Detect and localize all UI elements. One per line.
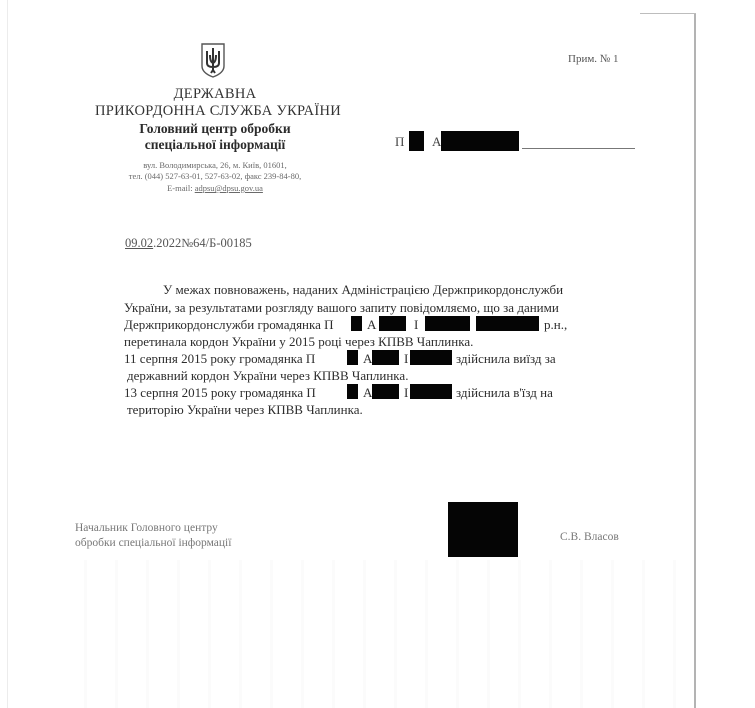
page-edge-top (640, 13, 696, 14)
body-line-6: державний кордон України через КПВВ Чапл… (127, 368, 408, 384)
addressee-initial-1: П (395, 134, 404, 150)
redaction-box (410, 384, 452, 399)
state-name-line1: ДЕРЖАВНА (130, 86, 300, 103)
body-line-7-end: здійснила в'їзд на (456, 385, 553, 401)
appendix-label: Прим. № 1 (568, 53, 619, 65)
page-edge-left (7, 0, 8, 708)
redaction-box (372, 384, 399, 399)
reverse-side-bleed-through (70, 560, 680, 708)
addressee-initial-2: А (432, 134, 441, 150)
trident-coat-of-arms-icon (199, 42, 227, 78)
redaction-box (476, 316, 539, 331)
body-line-7: 13 серпня 2015 року громадянка П (124, 385, 316, 401)
signature-redaction-box (448, 502, 518, 557)
body-line-4: перетинала кордон України у 2015 році че… (124, 334, 473, 350)
redaction-box (425, 316, 470, 331)
initial-i: І (414, 317, 418, 333)
center-name-line1: Головний центр обробки (110, 121, 320, 137)
reference-date: 09.02 (125, 236, 153, 250)
signatory-title-line2: обробки спеціальної інформації (75, 537, 231, 549)
signatory-title-line1: Начальник Головного центру (75, 522, 218, 534)
redaction-box (441, 131, 519, 151)
state-name-line2: ПРИКОРДОННА СЛУЖБА УКРАЇНИ (95, 103, 340, 120)
initial-a: А (363, 385, 372, 401)
redaction-box (409, 131, 424, 151)
birth-year-suffix: р.н., (544, 317, 567, 333)
redaction-box (410, 350, 452, 365)
body-line-1: У межах повноважень, наданих Адміністрац… (163, 282, 563, 298)
email-line: E-mail: adpsu@dpsu.gov.ua (100, 183, 330, 193)
body-line-8: територію України через КПВВ Чаплинка. (127, 402, 363, 418)
reference-rest: .2022№64/Б-00185 (153, 236, 252, 250)
initial-a: А (367, 317, 376, 333)
initial-a: А (363, 351, 372, 367)
body-line-3: Держприкордонслужби громадянка П (124, 317, 334, 333)
body-line-5-end: здійснила виїзд за (456, 351, 556, 367)
body-line-2: України, за результатами розгляду вашого… (124, 300, 559, 316)
initial-i: І (404, 351, 408, 367)
redaction-box (347, 384, 358, 399)
redaction-box (379, 316, 406, 331)
body-line-5: 11 серпня 2015 року громадянка П (124, 351, 315, 367)
addressee: П А (395, 130, 635, 152)
reference-number: 09.02.2022№64/Б-00185 (125, 236, 252, 251)
center-name-line2: спеціальної інформації (110, 137, 320, 153)
redaction-box (372, 350, 399, 365)
address-line1: вул. Володимирська, 26, м. Київ, 01601, (100, 160, 330, 170)
email-label: E-mail: (167, 183, 195, 193)
page-edge-right (694, 14, 696, 708)
signatory-name: С.В. Власов (560, 531, 619, 543)
initial-i: І (404, 385, 408, 401)
redaction-box (347, 350, 358, 365)
email-link[interactable]: adpsu@dpsu.gov.ua (195, 183, 263, 193)
address-line2: тел. (044) 527-63-01, 527-63-02, факс 23… (100, 171, 330, 181)
redaction-box (351, 316, 362, 331)
addressee-underline (522, 148, 635, 149)
